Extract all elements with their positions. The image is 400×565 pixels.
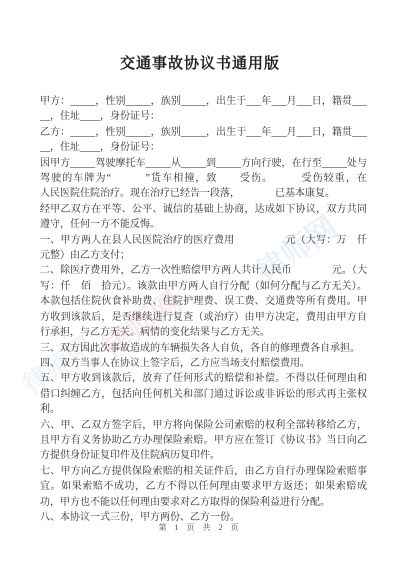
document-title: 交通事故协议书通用版 bbox=[0, 0, 400, 73]
paragraph: 五、甲方收到该款后，放弃了任何形式的赔偿和补偿。不得以任何理由和借口纠缠乙方，包… bbox=[40, 371, 367, 417]
paragraph: 甲方：_____，性别_____，族别_____，出生于___年___月___日… bbox=[40, 94, 367, 125]
paragraph: 七、甲方向乙方提供保险索赔的相关证件后，由乙方自行办理保险索赔事宜。如果索赔不成… bbox=[40, 464, 367, 510]
paragraph: 二、除医疗费用外，乙方一次性赔偿甲方两人共计人民币 元。（大写：仟 佰 拾元）。… bbox=[40, 263, 367, 340]
paragraph: 一、甲方两人在县人民医院治疗的医疗费用 元（大写：万 仟元整）由乙方支付； bbox=[40, 233, 367, 264]
paragraph: 经甲乙双方在平等、公平、诚信的基础上协商，达成如下协议，双方共同遵守，任何一方不… bbox=[40, 202, 367, 233]
document-content: 交通事故协议书通用版 甲方：_____，性别_____，族别_____，出生于_… bbox=[0, 0, 400, 525]
paragraph: 八、本协议一式三份，甲方两份、乙方一份。 bbox=[40, 510, 367, 525]
paragraph: 六、甲、乙双方签字后，甲方将向保险公司索赔的权利全部转移给乙方，且甲方有义务协助… bbox=[40, 418, 367, 464]
paragraph: 因甲方_____驾驶摩托车_____从_____到_____方向行驶，在行至__… bbox=[40, 156, 367, 202]
paragraph: 四、双方当事人在协议上签字后，乙方应当场支付赔偿费用。 bbox=[40, 356, 367, 371]
document-body: 甲方：_____，性别_____，族别_____，出生于___年___月___日… bbox=[0, 94, 400, 525]
document-page: 律师网 律师网 律师网 交通事故协议书通用版 甲方：_____，性别_____，… bbox=[0, 0, 400, 565]
paragraph: 乙方：_____，性别_____，族别_____，出生于___年___月___日… bbox=[40, 125, 367, 156]
paragraph: 三、双方因此次事故造成的车辆损失各人自负，各自的修理费各自承担。 bbox=[40, 341, 367, 356]
